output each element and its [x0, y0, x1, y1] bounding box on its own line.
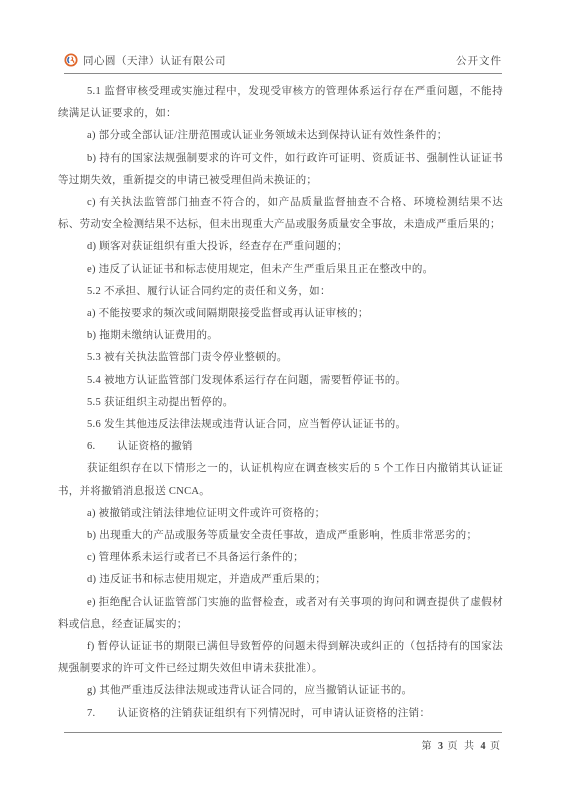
paragraph: d) 顾客对获证组织有重大投诉，经查存在严重问题的；	[58, 236, 503, 258]
paragraph: e) 拒绝配合认证监管部门实施的监督检查，或者对有关事项的询问和调查提供了虚假材…	[58, 592, 503, 636]
page-number: 第 3 页 共 4 页	[422, 737, 503, 752]
company-name: 同心圆（天津）认证有限公司	[83, 53, 226, 68]
paragraph: e) 违反了认证证书和标志使用规定，但未产生严重后果且正在整改中的。	[58, 259, 503, 281]
page-number-prefix: 第	[422, 741, 439, 752]
paragraph: 6. 认证资格的撤销	[58, 436, 503, 458]
document-body: 5.1 监督审核受理或实施过程中，发现受审核方的管理体系运行存在严重问题，不能持…	[58, 81, 503, 725]
paragraph: b) 拖期未缴纳认证费用的。	[58, 325, 503, 347]
paragraph: 5.3 被有关执法监管部门责令停业整顿的。	[58, 347, 503, 369]
paragraph: 5.4 被地方认证监管部门发现体系运行存在问题，需要暂停证书的。	[58, 370, 503, 392]
paragraph: 5.1 监督审核受理或实施过程中，发现受审核方的管理体系运行存在严重问题，不能持…	[58, 81, 503, 125]
paragraph: 7. 认证资格的注销获证组织有下列情况时，可申请认证资格的注销：	[58, 703, 503, 725]
paragraph: c) 管理体系未运行或者已不具备运行条件的；	[58, 547, 503, 569]
page-number-suffix: 页	[486, 741, 503, 752]
paragraph: a) 不能按要求的频次或间隔期限接受监督或再认证审核的；	[58, 303, 503, 325]
footer-divider	[64, 732, 502, 733]
paragraph: d) 违反证书和标志使用规定，并造成严重后果的；	[58, 569, 503, 591]
doc-classification-label: 公开文件	[456, 53, 502, 68]
paragraph: b) 出现重大的产品或服务等质量安全责任事故，造成严重影响，性质非常恶劣的；	[58, 525, 503, 547]
document-page: 同心圆（天津）认证有限公司 公开文件 5.1 监督审核受理或实施过程中，发现受审…	[0, 0, 566, 800]
paragraph: c) 有关执法监管部门抽查不符合的，如产品质量监督抽查不合格、环境检测结果不达标…	[58, 192, 503, 236]
paragraph: b) 持有的国家法规强制要求的许可文件，如行政许可证明、资质证书、强制性认证证书…	[58, 148, 503, 192]
paragraph: 获证组织存在以下情形之一的，认证机构应在调查核实后的 5 个工作日内撤销其认证证…	[58, 458, 503, 502]
paragraph: 5.5 获证组织主动提出暂停的。	[58, 392, 503, 414]
paragraph: a) 被撤销或注销法律地位证明文件或许可资格的；	[58, 503, 503, 525]
header-left: 同心圆（天津）认证有限公司	[64, 53, 226, 68]
paragraph: 5.6 发生其他违反法律法规或违背认证合同，应当暂停认证证书的。	[58, 414, 503, 436]
company-logo-icon	[64, 53, 78, 67]
paragraph: a) 部分或全部认证/注册范围或认证业务领域未达到保持认证有效性条件的；	[58, 125, 503, 147]
paragraph: g) 其他严重违反法律法规或违背认证合同的，应当撤销认证证书的。	[58, 680, 503, 702]
paragraph: 5.2 不承担、履行认证合同约定的责任和义务，如：	[58, 281, 503, 303]
page-header: 同心圆（天津）认证有限公司 公开文件	[64, 50, 502, 74]
page-number-middle: 页 共	[443, 741, 481, 752]
paragraph: f) 暂停认证证书的期限已满但导致暂停的问题未得到解决或纠正的（包括持有的国家法…	[58, 636, 503, 680]
